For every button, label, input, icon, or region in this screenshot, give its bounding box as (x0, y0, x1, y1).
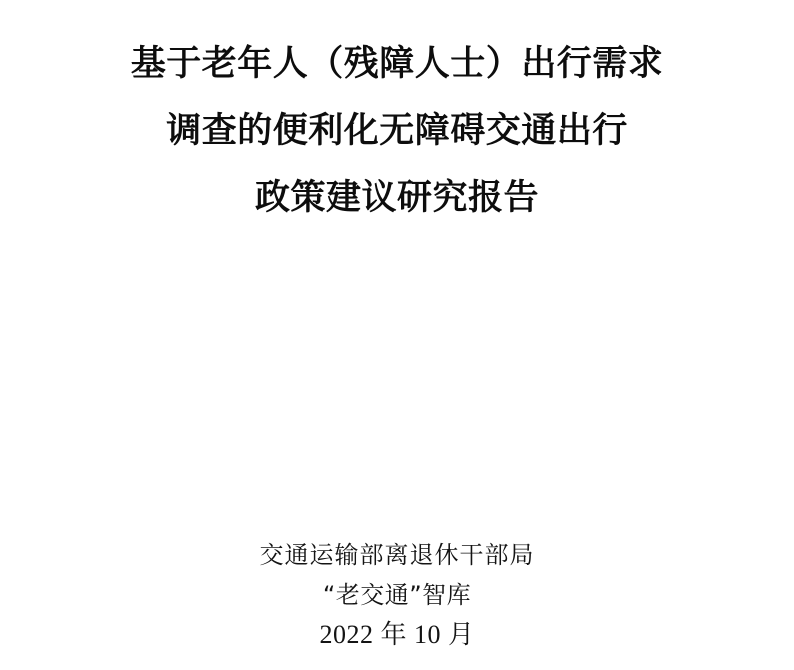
publication-date: 2022 年 10 月 (0, 615, 794, 655)
report-title-line-1: 基于老年人（残障人士）出行需求 (0, 30, 794, 97)
report-title-line-2: 调查的便利化无障碍交通出行 (0, 97, 794, 164)
report-title: 基于老年人（残障人士）出行需求 调查的便利化无障碍交通出行 政策建议研究报告 (0, 30, 794, 231)
cover-footer: 交通运输部离退休干部局 “老交通”智库 2022 年 10 月 (0, 535, 794, 655)
publisher-name: 交通运输部离退休干部局 (0, 535, 794, 575)
report-title-line-3: 政策建议研究报告 (0, 164, 794, 231)
think-tank-name: “老交通”智库 (0, 575, 794, 615)
report-cover-page: 基于老年人（残障人士）出行需求 调查的便利化无障碍交通出行 政策建议研究报告 交… (0, 0, 794, 670)
